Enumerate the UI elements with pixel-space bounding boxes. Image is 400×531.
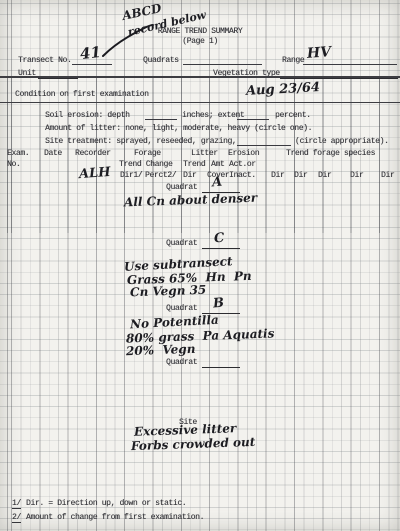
quadrat-c-letter: C	[213, 231, 225, 247]
transect-underline	[72, 64, 112, 65]
col-forage-dir: Dir1/	[120, 171, 142, 180]
quadrat-a-letter: A	[211, 175, 222, 191]
col-species-dir-1: Dir	[271, 171, 284, 180]
col-trend-forage-species: Trend forage species	[286, 149, 375, 158]
col-litter-amt: Amt	[211, 160, 224, 169]
quadrat-blank-label: Quadrat	[166, 358, 197, 367]
col-erosion-actor: Act.or	[229, 160, 256, 169]
col-no: No.	[7, 160, 20, 169]
scanned-form-page: ABCD record below RANGE TREND SUMMARY (P…	[0, 0, 400, 531]
col-erosion-inact: Inact.	[229, 171, 256, 180]
col-erosion: Erosion	[228, 149, 259, 158]
col-forage: Forage	[134, 149, 161, 158]
range-value: HV	[306, 44, 331, 62]
recorder-value: ALH	[79, 165, 111, 182]
form-title: RANGE TREND SUMMARY	[0, 27, 400, 36]
quadrat-c-underline	[202, 248, 240, 249]
quadrat-a-note: All Cn about denser	[124, 191, 258, 210]
soil-percent-label: percent.	[275, 111, 311, 120]
quadrats-underline	[183, 64, 262, 65]
footnote-1-marker: 1/	[12, 499, 21, 509]
condition-label: Condition on first examination	[15, 90, 149, 99]
unit-underline	[38, 78, 78, 79]
quadrat-b-label: Quadrat	[166, 304, 197, 313]
quadrat-b-letter: B	[212, 296, 224, 312]
col-species-dir-5: Dir	[381, 171, 394, 180]
col-date: Date	[44, 149, 62, 158]
condition-date-value: Aug 23/64	[246, 80, 321, 99]
site-note-2: Forbs crowded out	[131, 435, 256, 453]
soil-depth-blank	[145, 119, 177, 120]
col-litter: Litter	[191, 149, 218, 158]
quadrat-blank-underline	[202, 367, 240, 368]
quadrat-c-note-3: Cn Vegn 35	[130, 283, 207, 300]
form-subtitle: (Page 1)	[0, 37, 400, 46]
treatment-blank	[237, 145, 291, 146]
col-exam: Exam.	[7, 149, 29, 158]
vegetation-underline	[280, 78, 398, 79]
col-litter-trend: Trend	[183, 160, 205, 169]
footnote-2-marker: 2/	[12, 513, 21, 523]
col-species-dir-3: Dir	[318, 171, 331, 180]
footnote-2-text: Amount of change from first examination.	[26, 513, 204, 522]
footnote-1-text: Dir. = Direction up, down or static.	[26, 499, 186, 508]
col-species-dir-4: Dir	[350, 171, 363, 180]
col-forage-trend-change: Trend Change	[119, 160, 172, 169]
col-recorder: Recorder	[75, 149, 111, 158]
range-underline	[303, 64, 397, 65]
treatment-circle-label: (circle appropriate).	[295, 137, 388, 146]
site-treatment-label: Site treatment: sprayed, reseeded, grazi…	[45, 137, 236, 146]
quadrat-b-note-3: 20% Vegn	[126, 342, 196, 358]
heavy-rule-condition	[0, 102, 400, 103]
col-litter-dir: Dir	[183, 171, 196, 180]
quadrats-label: Quadrats	[143, 56, 179, 65]
quadrat-c-label: Quadrat	[166, 239, 197, 248]
soil-erosion-label: Soil erosion: depth	[45, 111, 130, 120]
soil-inches-extent-label: inches; extent	[182, 111, 244, 120]
col-species-dir-2: Dir	[294, 171, 307, 180]
transect-no-value: 41	[79, 43, 102, 63]
litter-amount-line: Amount of litter: none, light, moderate,…	[45, 124, 312, 133]
soil-extent-blank	[237, 119, 269, 120]
col-forage-perct: Perct2/	[145, 171, 176, 180]
range-label: Range	[282, 56, 304, 65]
quadrat-a-label: Quadrat	[166, 183, 197, 192]
transect-no-label: Transect No.	[18, 56, 71, 65]
